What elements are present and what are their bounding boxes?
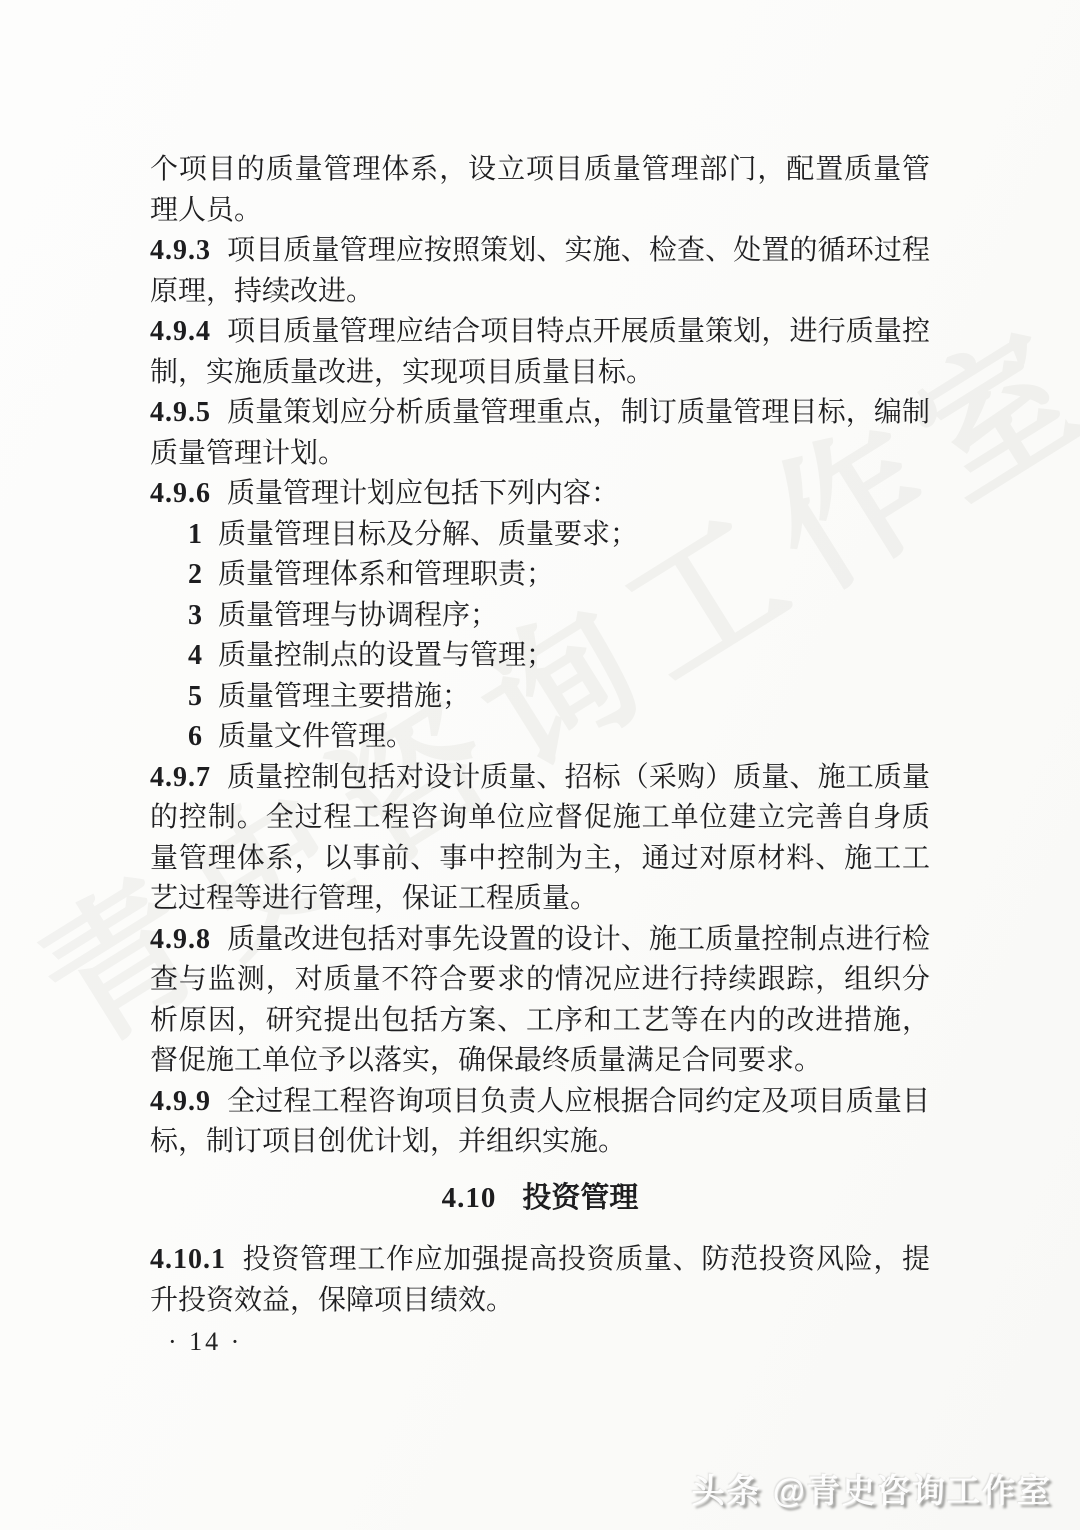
list-item: 3质量管理与协调程序； (150, 596, 930, 637)
clause-number: 4.9.4 (150, 316, 211, 347)
clause-number: 4.9.8 (150, 924, 211, 955)
page-number: · 14 · (168, 1327, 242, 1357)
list-item: 5质量管理主要措施； (150, 677, 930, 718)
list-item-number: 6 (188, 721, 202, 752)
clause-text: 全过程工程咨询项目负责人应根据合同约定及项目质量目标，制订项目创优计划，并组织实… (150, 1086, 930, 1158)
clause-text: 质量管理体系和管理职责； (218, 559, 554, 590)
clause-number: 4.9.7 (150, 762, 211, 793)
clause-paragraph: 4.9.5质量策划应分析质量管理重点，制订质量管理目标，编制质量管理计划。 (150, 393, 930, 474)
clause-text: 投资管理工作应加强提高投资质量、防范投资风险，提升投资效益，保障项目绩效。 (150, 1244, 930, 1316)
clause-number: 4.9.6 (150, 478, 211, 509)
clause-number: 4.9.5 (150, 397, 211, 428)
list-item-number: 3 (188, 600, 202, 631)
clause-text: 质量管理主要措施； (218, 681, 470, 712)
clause-text: 质量控制点的设置与管理； (218, 640, 554, 671)
clause-paragraph: 4.9.4项目质量管理应结合项目特点开展质量策划，进行质量控制，实施质量改进，实… (150, 312, 930, 393)
section-heading-number: 4.10 (442, 1182, 497, 1214)
clause-paragraph: 4.9.9全过程工程咨询项目负责人应根据合同约定及项目质量目标，制订项目创优计划… (150, 1082, 930, 1163)
clause-text: 质量策划应分析质量管理重点，制订质量管理目标，编制质量管理计划。 (150, 397, 930, 469)
clause-text: 质量控制包括对设计质量、招标（采购）质量、施工质量的控制。全过程工程咨询单位应督… (150, 762, 930, 915)
clause-paragraph: 4.9.8质量改进包括对事先设置的设计、施工质量控制点进行检查与监测，对质量不符… (150, 920, 930, 1082)
clause-number: 4.9.9 (150, 1086, 211, 1117)
list-item: 1质量管理目标及分解、质量要求； (150, 515, 930, 556)
document-body: 个项目的质量管理体系，设立项目质量管理部门，配置质量管理人员。4.9.3项目质量… (150, 150, 930, 1321)
list-item: 2质量管理体系和管理职责； (150, 555, 930, 596)
list-item-number: 1 (188, 519, 202, 550)
clause-paragraph: 4.9.3项目质量管理应按照策划、实施、检查、处置的循环过程原理，持续改进。 (150, 231, 930, 312)
clause-text: 项目质量管理应结合项目特点开展质量策划，进行质量控制，实施质量改进，实现项目质量… (150, 316, 930, 388)
list-item-number: 4 (188, 640, 202, 671)
toutiao-watermark: 头条 @青史咨询工作室 (692, 1465, 1052, 1512)
clause-text: 质量管理计划应包括下列内容： (227, 478, 619, 509)
list-item-number: 2 (188, 559, 202, 590)
section-heading-title: 投资管理 (522, 1182, 638, 1214)
section-heading: 4.10投资管理 (150, 1178, 930, 1219)
clause-text: 个项目的质量管理体系，设立项目质量管理部门，配置质量管理人员。 (150, 154, 930, 226)
document-page: 青史咨询工作室 个项目的质量管理体系，设立项目质量管理部门，配置质量管理人员。4… (0, 0, 1080, 1530)
clause-text: 项目质量管理应按照策划、实施、检查、处置的循环过程原理，持续改进。 (150, 235, 930, 307)
clause-paragraph: 4.10.1投资管理工作应加强提高投资质量、防范投资风险，提升投资效益，保障项目… (150, 1240, 930, 1321)
clause-text: 质量管理目标及分解、质量要求； (218, 519, 638, 550)
list-item-number: 5 (188, 681, 202, 712)
clause-text: 质量管理与协调程序； (218, 600, 498, 631)
list-item: 4质量控制点的设置与管理； (150, 636, 930, 677)
clause-paragraph: 4.9.7质量控制包括对设计质量、招标（采购）质量、施工质量的控制。全过程工程咨… (150, 758, 930, 920)
clause-paragraph: 个项目的质量管理体系，设立项目质量管理部门，配置质量管理人员。 (150, 150, 930, 231)
clause-text: 质量改进包括对事先设置的设计、施工质量控制点进行检查与监测，对质量不符合要求的情… (150, 924, 930, 1077)
clause-text: 质量文件管理。 (218, 721, 414, 752)
clause-number: 4.10.1 (150, 1244, 226, 1275)
clause-paragraph: 4.9.6质量管理计划应包括下列内容： (150, 474, 930, 515)
clause-number: 4.9.3 (150, 235, 211, 266)
list-item: 6质量文件管理。 (150, 717, 930, 758)
